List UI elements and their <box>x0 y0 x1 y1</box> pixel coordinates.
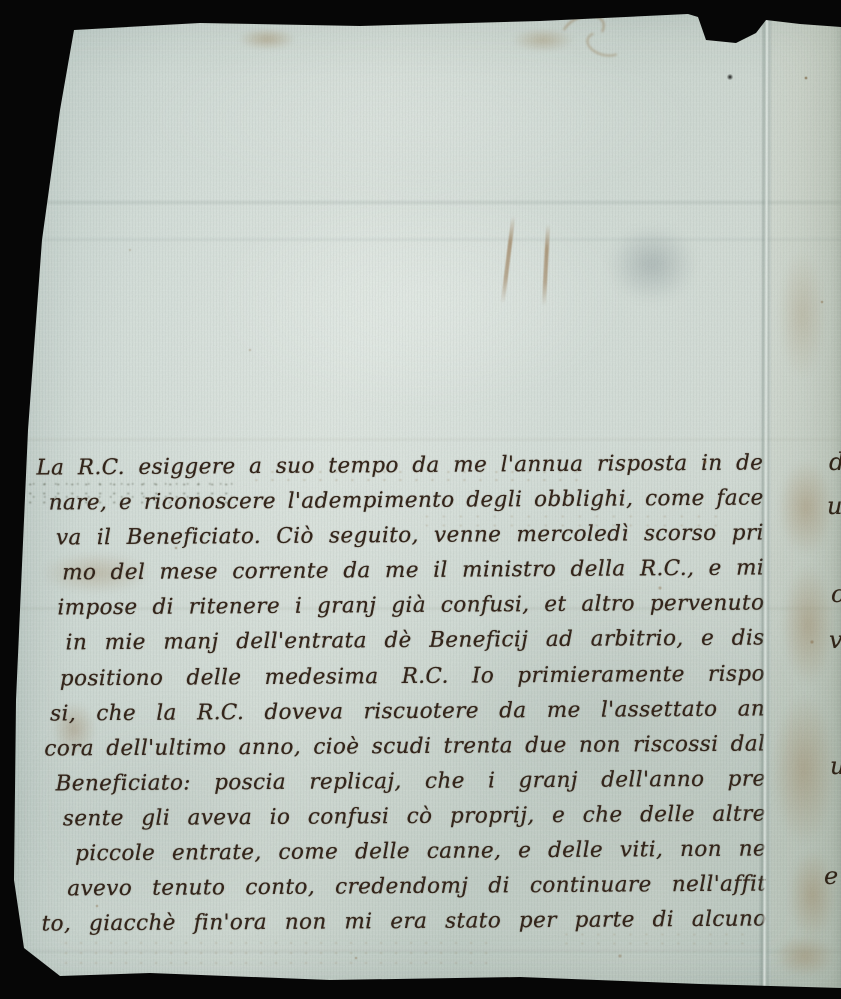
manuscript-page: La R.C. esiggere a suo tempo da me l'ann… <box>0 0 841 999</box>
photo-background: La R.C. esiggere a suo tempo da me l'ann… <box>0 0 841 999</box>
paper-grain-texture <box>0 0 841 999</box>
